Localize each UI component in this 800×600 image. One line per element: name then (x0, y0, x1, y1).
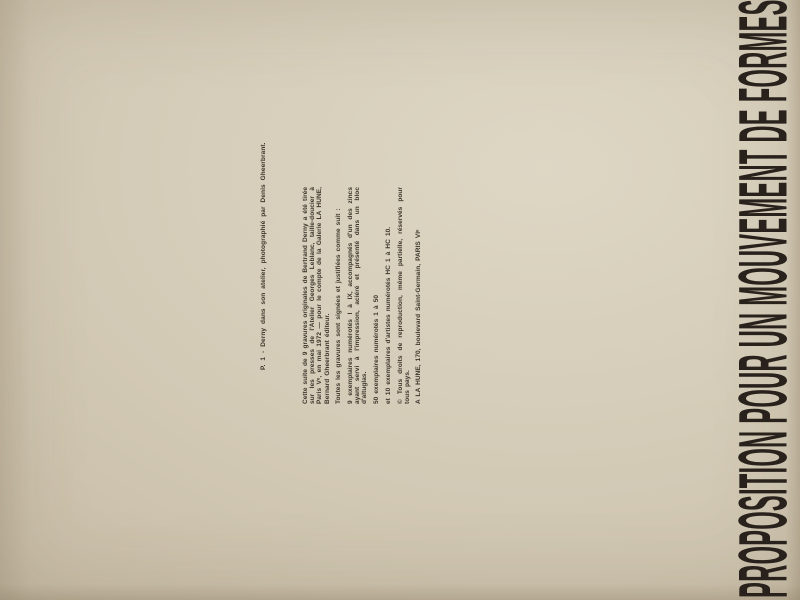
colophon-paragraph-edition: Cette suite de 9 gravures originales de … (302, 187, 331, 404)
colophon-paragraph-copies-numbered: 50 exemplaires numérotés 1 à 50 (373, 187, 380, 404)
colophon-paragraph-justification-intro: Toutes les gravures sont signées et just… (335, 187, 342, 404)
colophon-paragraph-copies-roman: 9 exemplaires numérotés I à IX, accompag… (347, 187, 369, 404)
plate-caption: P. 1 - Derny dans son atelier, photograp… (260, 142, 267, 370)
scanned-page: PROPOSITION POUR UN MOUVEMENT DE FORMES … (0, 0, 800, 600)
page-title-vertical: PROPOSITION POUR UN MOUVEMENT DE FORMES (724, 0, 800, 598)
colophon-block: Cette suite de 9 gravures originales de … (302, 187, 423, 404)
colophon-paragraph-copyright: © Tous droits de reproduction, même part… (397, 187, 411, 404)
colophon-paragraph-address: A LA HUNE, 170, boulevard Saint-Germain,… (415, 187, 422, 404)
colophon-paragraph-copies-hc: et 10 exemplaires d'artistes numérotés H… (385, 187, 392, 404)
